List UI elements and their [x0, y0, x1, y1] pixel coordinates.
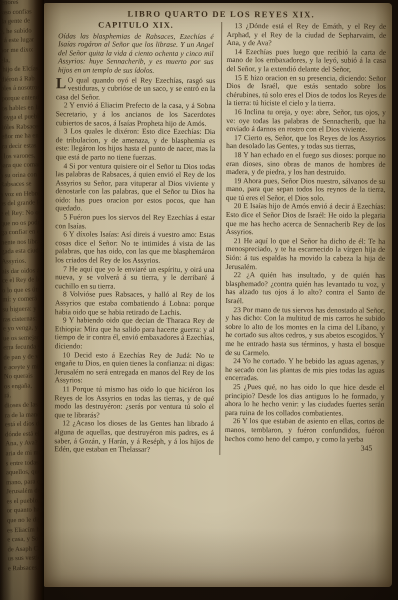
verse: 23 Por mano de tus siervos has denostado…	[225, 306, 385, 358]
verse: 2 Y envió á Eliacim Prefecto de la casa,…	[56, 102, 216, 128]
facing-page-line: : porque entend	[0, 92, 44, 104]
verse: 13 ¿Dónde está el Rey de Emáth, y el Rey…	[227, 22, 387, 48]
facing-page-line: para que coman	[0, 159, 44, 171]
verse: 6 Y díxoles Isaías: Así direis á vuestro…	[55, 231, 215, 266]
facing-page-line: aquellos, que	[6, 466, 44, 478]
verse: 11 Porque tú mismo has oido lo que hicié…	[54, 385, 214, 420]
book-photo: menoresacaso confiasy la gente deué, he …	[0, 0, 398, 600]
dropcap-initial: L	[56, 76, 68, 90]
verse: 25 ¿Pues qué, no has oido lo que hice de…	[225, 383, 385, 418]
facing-page-line: e casa, y Sobna	[7, 533, 44, 545]
facing-page-line: gada esta ciudad	[1, 245, 44, 257]
facing-page-line: e el Rey: No os	[0, 207, 44, 219]
verse: 26 Y los que estaban de asiento en ellas…	[225, 417, 385, 443]
verse: 9 Y habiendo oido que decian de Tharaca …	[55, 316, 215, 351]
verse: 21 He aquí lo que el Señor ha dicho de é…	[226, 237, 386, 272]
book-page: LIBRO QUARTO DE LOS REYES XIX. CAPITULO …	[44, 3, 392, 587]
facing-page-line: su higuera: y be	[2, 303, 44, 315]
chapter-summary: Oídas las blasphemias de Rabsaces, Ezech…	[56, 32, 216, 76]
verse: 7 He aquí que yo le enviaré un espíritu,…	[55, 265, 215, 291]
verse-1-text: O qual quando oyó el Rey Ezechías, rasgó…	[56, 75, 216, 101]
chapter-title: CAPITULO XIX.	[56, 21, 216, 30]
text-columns: CAPITULO XIX. Oídas las blasphemias de R…	[54, 21, 386, 455]
facing-page-sliver: menoresacaso confiasy la gente deué, he …	[0, 0, 44, 600]
page-number: 345	[225, 444, 385, 453]
verse-1: LO qual quando oyó el Rey Ezechías, rasg…	[56, 76, 216, 102]
verse: 5 Fuéron pues los siervos del Rey Ezechí…	[55, 213, 215, 231]
verse: 18 Y han echado en el fuego sus dioses: …	[226, 151, 386, 177]
facing-page-line: está el dios de	[5, 418, 44, 430]
facing-page-line: o lo que es útil	[2, 283, 44, 295]
running-header: LIBRO QUARTO DE LOS REYES XIX.	[56, 8, 386, 19]
facing-page-line: de pan y de vi	[3, 351, 44, 363]
verse: 10 Decid esto á Ezechías Rey de Judá: No…	[55, 351, 215, 386]
verse: 22 ¿A quién has insultado, y de quién ha…	[225, 271, 385, 306]
verse: 8 Volvióse pues Rabsaces, y halló al Rey…	[55, 291, 215, 317]
right-column-verses: 13 ¿Dónde está el Rey de Emáth, y el Rey…	[225, 22, 386, 444]
facing-page-line: n hijo de Elcías,	[0, 63, 44, 75]
verse: 14 Ezechías pues luego que recibió la ca…	[226, 48, 386, 74]
verse: 4 Si por ventura quisiere oir el Señor t…	[55, 162, 215, 214]
facing-page-line: que no le digan	[7, 514, 44, 526]
verse: 20 E Isaías hijo de Amós envió á decir á…	[226, 203, 386, 238]
left-column-verses: 2 Y envió á Eliacim Prefecto de la casa,…	[54, 102, 215, 455]
verse: 24 Yo he cortado. Y he bebido las aguas …	[225, 357, 385, 383]
facing-page-text: menoresacaso confiasy la gente deué, he …	[0, 0, 44, 574]
verse: 12 ¿Acaso los dioses de las Gentes han l…	[54, 420, 214, 455]
right-column: 13 ¿Dónde está el Rey de Emáth, y el Rey…	[219, 22, 386, 455]
verse: 15 E hizo oracion en su presencia, dicie…	[226, 74, 386, 109]
facing-page-line: e Rabsaces.	[8, 562, 44, 574]
verse: 3 Los quales le dixéron: Esto dice Ezech…	[56, 127, 216, 162]
facing-page-line: aria de mi mano	[5, 446, 44, 458]
left-column: CAPITULO XIX. Oídas las blasphemias de R…	[54, 21, 220, 454]
page-content: LIBRO QUARTO DE LOS REYES XIX. CAPITULO …	[44, 3, 392, 587]
verse: 16 Inclina tu oreja, y oye: abre, Señor,…	[226, 108, 386, 134]
verse: 17 Cierto es, Señor, que los Reyes de lo…	[226, 134, 386, 152]
facing-page-line: señor me ha en	[0, 130, 44, 142]
verse: 19 Ahora pues, Señor Dios nuestro, sálva…	[226, 177, 386, 203]
